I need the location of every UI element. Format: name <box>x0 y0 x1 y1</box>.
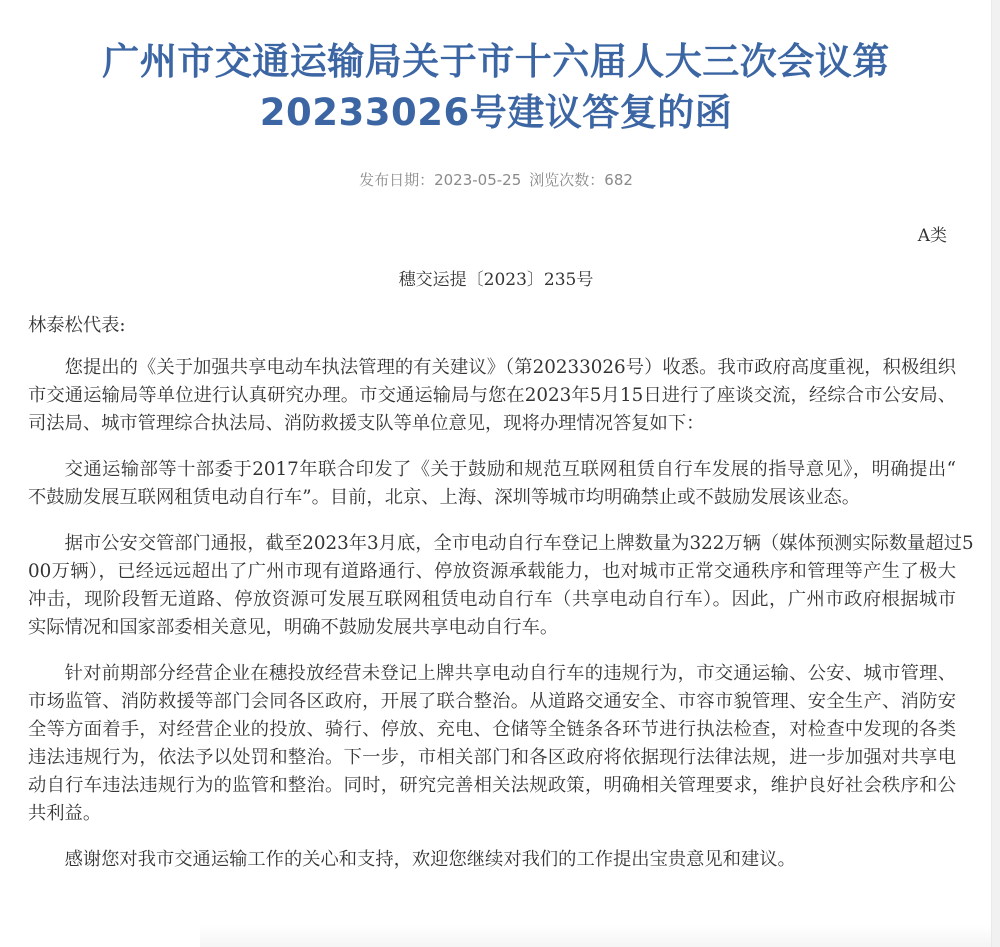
article-meta: 发布日期：2023-05-25浏览次数：682 <box>0 169 992 191</box>
paragraph-line: 全等方面着手，对经营企业的投放、骑行、停放、充电、仓储等全链条各环节进行执法检查… <box>28 716 956 744</box>
paragraph-1: 您提出的《关于加强共享电动车执法管理的有关建议》（第20233026号）收悉。我… <box>28 354 956 438</box>
paragraph-line: 针对前期部分经营企业在穗投放经营未登记上牌共享电动自行车的违规行为，市交通运输、… <box>28 660 956 688</box>
paragraph-3: 据市公安交管部门通报，截至2023年3月底，全市电动自行车登记上牌数量为322万… <box>28 530 956 642</box>
publish-date: 2023-05-25 <box>434 171 521 189</box>
paragraph-line: 市场监管、消防救援等部门会同各区政府，开展了联合整治。从道路交通安全、市容市貌管… <box>28 688 956 716</box>
paragraph-line: 违法违规行为，依法予以处罚和整治。下一步，市相关部门和各区政府将依据现行法律法规… <box>28 744 956 772</box>
vertical-scrollbar[interactable] <box>991 0 1000 947</box>
letter-body: 林泰松代表: 您提出的《关于加强共享电动车执法管理的有关建议》（第2023302… <box>28 312 956 892</box>
publish-date-label: 发布日期： <box>359 171 434 189</box>
page-title: 广州市交通运输局关于市十六届人大三次会议第 20233026号建议答复的函 <box>0 36 992 138</box>
document-page: 广州市交通运输局关于市十六届人大三次会议第 20233026号建议答复的函 发布… <box>0 0 992 947</box>
paragraph-line: 据市公安交管部门通报，截至2023年3月底，全市电动自行车登记上牌数量为322万… <box>28 530 956 558</box>
views-count: 682 <box>604 171 633 189</box>
document-number: 穗交运提〔2023〕235号 <box>0 268 992 292</box>
paragraph-5-closing: 感谢您对我市交通运输工作的关心和支持，欢迎您继续对我们的工作提出宝贵意见和建议。 <box>28 846 956 874</box>
paragraph-line: 动自行车违法违规行为的监管和整治。同时，研究完善相关法规政策，明确相关管理要求，… <box>28 772 956 800</box>
paragraph-line: 不鼓励发展互联网租赁电动自行车”。目前，北京、上海、深圳等城市均明确禁止或不鼓励… <box>28 484 956 512</box>
paragraph-line: 市交通运输局等单位进行认真研究办理。市交通运输局与您在2023年5月15日进行了… <box>28 382 956 410</box>
paragraph-line: 实际情况和国家部委相关意见，明确不鼓励发展共享电动自行车。 <box>28 614 956 642</box>
category-badge: A类 <box>918 224 947 248</box>
title-line-1: 广州市交通运输局关于市十六届人大三次会议第 <box>0 36 992 87</box>
paragraph-line: 感谢您对我市交通运输工作的关心和支持，欢迎您继续对我们的工作提出宝贵意见和建议。 <box>28 846 956 874</box>
paragraph-4: 针对前期部分经营企业在穗投放经营未登记上牌共享电动自行车的违规行为，市交通运输、… <box>28 660 956 828</box>
paragraph-line: 冲击，现阶段暂无道路、停放资源可发展互联网租赁电动自行车（共享电动自行车）。因此… <box>28 586 956 614</box>
paragraph-2: 交通运输部等十部委于2017年联合印发了《关于鼓励和规范互联网租赁自行车发展的指… <box>28 456 956 512</box>
bottom-fade <box>200 925 992 947</box>
title-line-2: 20233026号建议答复的函 <box>0 87 992 138</box>
views-label: 浏览次数： <box>529 171 604 189</box>
paragraph-line: 司法局、城市管理综合执法局、消防救援支队等单位意见，现将办理情况答复如下： <box>28 410 956 438</box>
paragraph-line: 您提出的《关于加强共享电动车执法管理的有关建议》（第20233026号）收悉。我… <box>28 354 956 382</box>
salutation: 林泰松代表: <box>28 312 956 340</box>
paragraph-line: 共利益。 <box>28 800 956 828</box>
paragraph-line: 交通运输部等十部委于2017年联合印发了《关于鼓励和规范互联网租赁自行车发展的指… <box>28 456 956 484</box>
paragraph-line: 00万辆），已经远远超出了广州市现有道路通行、停放资源承载能力，也对城市正常交通… <box>28 558 956 586</box>
